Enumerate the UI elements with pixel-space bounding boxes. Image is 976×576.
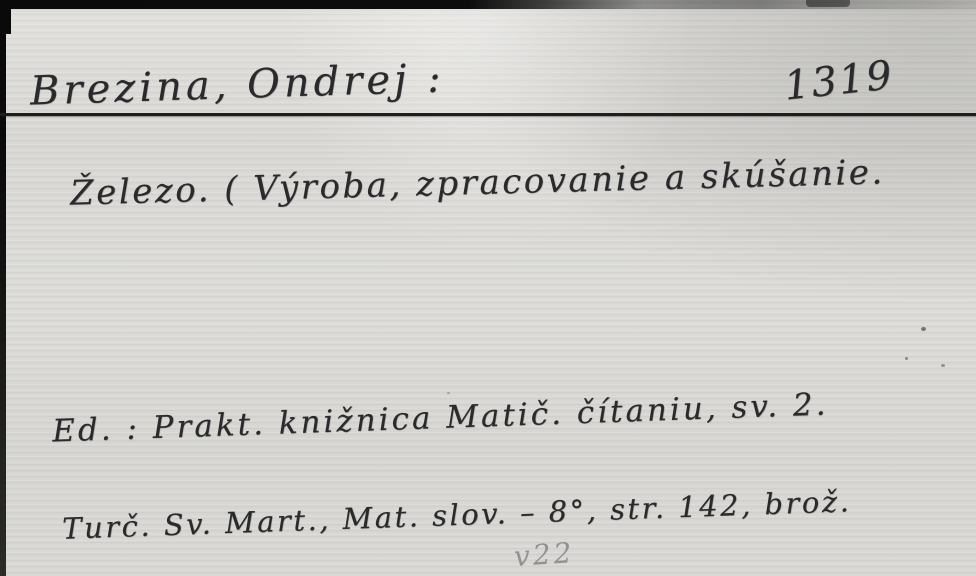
scan-edge-corner xyxy=(0,0,11,34)
catalog-card-scan: Brezina, Ondrej : 1319 Železo. ( Výroba,… xyxy=(0,0,976,576)
ink-speck xyxy=(905,357,908,360)
header-rule xyxy=(0,113,976,116)
scan-smudge xyxy=(806,0,850,7)
ink-speck xyxy=(921,327,926,331)
pencil-annotation: v22 xyxy=(513,536,576,573)
scan-edge-left xyxy=(0,0,6,576)
ink-speck xyxy=(447,392,450,394)
ink-speck xyxy=(941,364,945,367)
